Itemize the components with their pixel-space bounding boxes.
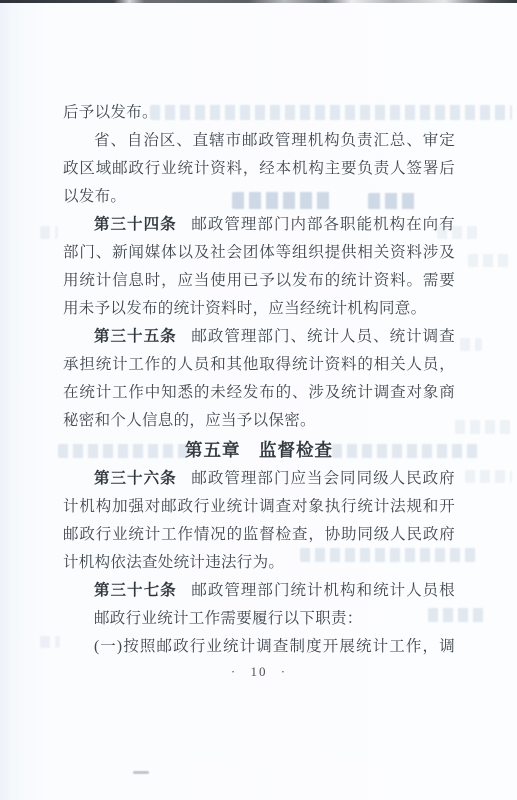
line-text: 以发布。: [63, 188, 126, 205]
text-line: 用未予以发布的统计资料时，应当经统计机构同意。: [63, 295, 455, 323]
text-line: 计机构依法查处统计违法行为。: [63, 549, 455, 577]
text-line: 政区域邮政行业统计资料，经本机构主要负责人签署后予: [63, 155, 455, 183]
chapter-heading: 第五章 监督检查: [63, 435, 455, 465]
line-text: 第五章 监督检查: [185, 440, 333, 460]
line-text: 承担统计工作的人员和其他取得统计资料的相关人员，对: [63, 356, 455, 379]
text-line: (一)按照邮政行业统计调查制度开展统计工作，调查、: [63, 633, 455, 661]
article-number: 第三十五条: [94, 328, 177, 345]
line-text: 邮政行业统计工作需要履行以下职责：: [94, 610, 363, 627]
text-line: 第三十四条邮政管理部门内部各职能机构在向有关: [63, 211, 455, 239]
text-line: 后予以发布。: [63, 99, 455, 127]
text-line: 邮政行业统计工作情况的监督检查，协助同级人民政府统: [63, 521, 455, 549]
line-text: 省、自治区、直辖市邮政管理机构负责汇总、审定本行: [63, 132, 455, 155]
line-text: 用统计信息时，应当使用已予以发布的统计资料。需要使: [63, 272, 455, 295]
text-line: 省、自治区、直辖市邮政管理机构负责汇总、审定本行: [63, 127, 455, 155]
text-line: 计机构加强对邮政行业统计调查对象执行统计法规和开展: [63, 493, 455, 521]
text-line: 以发布。: [63, 183, 455, 211]
article-number: 第三十七条: [94, 582, 177, 599]
article-number: 第三十四条: [94, 216, 177, 233]
document-body: 后予以发布。省、自治区、直辖市邮政管理机构负责汇总、审定本行政区域邮政行业统计资…: [0, 0, 517, 680]
line-text: 部门、新闻媒体以及社会团体等组织提供相关资料涉及使: [63, 244, 455, 267]
text-line: 第三十五条邮政管理部门、统计人员、统计调查对象: [63, 323, 455, 351]
bleed-through-mark: [133, 771, 149, 774]
text-line: 用统计信息时，应当使用已予以发布的统计资料。需要使: [63, 267, 455, 295]
scanned-page: 后予以发布。省、自治区、直辖市邮政管理机构负责汇总、审定本行政区域邮政行业统计资…: [0, 0, 517, 800]
article-number: 第三十六条: [94, 470, 177, 487]
text-line: 部门、新闻媒体以及社会团体等组织提供相关资料涉及使: [63, 239, 455, 267]
line-text: (一)按照邮政行业统计调查制度开展统计工作，调查、: [63, 638, 455, 661]
line-text: 后予以发布。: [63, 104, 158, 121]
line-text: 秘密和个人信息的，应当予以保密。: [63, 412, 316, 429]
line-text: 用未予以发布的统计资料时，应当经统计机构同意。: [63, 300, 426, 317]
line-text: 政区域邮政行业统计资料，经本机构主要负责人签署后予: [63, 160, 455, 183]
line-text: 计机构加强对邮政行业统计调查对象执行统计法规和开展: [63, 498, 455, 521]
line-text: 在统计工作中知悉的未经发布的、涉及统计调查对象商业: [63, 384, 455, 407]
text-line: 第三十七条邮政管理部门统计机构和统计人员根据: [63, 577, 455, 605]
text-line: 邮政行业统计工作需要履行以下职责：: [63, 605, 455, 633]
text-line: 承担统计工作的人员和其他取得统计资料的相关人员，对: [63, 351, 455, 379]
text-line: 第三十六条邮政管理部门应当会同同级人民政府统: [63, 465, 455, 493]
page-number: · 10 ·: [63, 664, 455, 680]
text-line: 在统计工作中知悉的未经发布的、涉及统计调查对象商业: [63, 379, 455, 407]
line-text: 邮政行业统计工作情况的监督检查，协助同级人民政府统: [63, 526, 455, 549]
line-text: 计机构依法查处统计违法行为。: [63, 554, 284, 571]
text-line: 秘密和个人信息的，应当予以保密。: [63, 407, 455, 435]
